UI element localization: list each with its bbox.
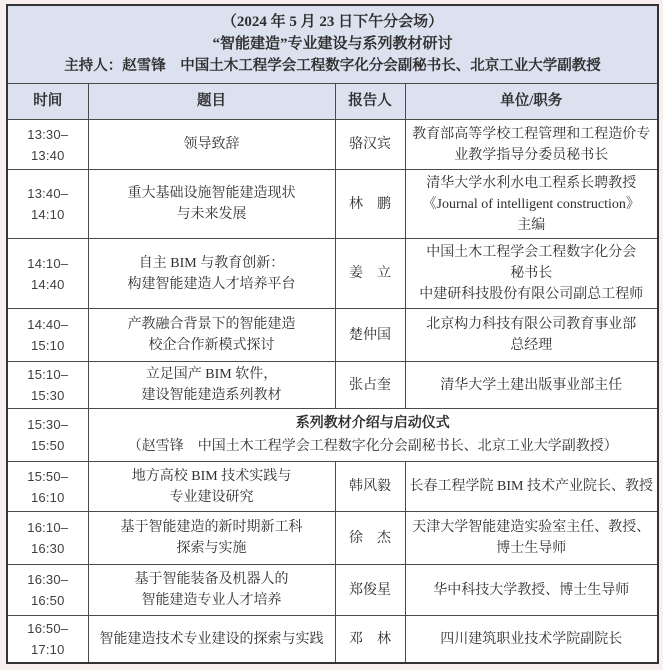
time-cell: 15:10–15:30 — [7, 362, 88, 409]
ceremony-title: 系列教材介绍与启动仪式 — [95, 412, 652, 435]
ceremony-row: 15:30–15:50 系列教材介绍与启动仪式 （赵雪锋 中国土木工程学会工程数… — [7, 409, 658, 462]
topic-cell: 领导致辞 — [88, 120, 335, 170]
affiliation-cell: 清华大学水利水电工程系长聘教授 《Journal of intelligent … — [405, 170, 658, 239]
session-row-7: 16:10–16:30 基于智能建造的新时期新工科 探索与实施 徐 杰 天津大学… — [7, 512, 658, 565]
time-cell: 16:10–16:30 — [7, 512, 88, 565]
session-row-6: 15:50–16:10 地方高校 BIM 技术实践与 专业建设研究 韩风毅 长春… — [7, 462, 658, 512]
topic-cell: 自主 BIM 与教育创新： 构建智能建造人才培养平台 — [88, 239, 335, 309]
session-date: （2024 年 5 月 23 日下午分会场） — [16, 11, 649, 33]
topic-cell: 地方高校 BIM 技术实践与 专业建设研究 — [88, 462, 335, 512]
speaker-cell: 徐 杰 — [335, 512, 405, 565]
topic-cell: 基于智能建造的新时期新工科 探索与实施 — [88, 512, 335, 565]
time-cell: 16:30–16:50 — [7, 565, 88, 616]
session-row-1: 13:30–13:40 领导致辞 骆汉宾 教育部高等学校工程管理和工程造价专业教… — [7, 120, 658, 170]
affiliation-cell: 教育部高等学校工程管理和工程造价专业教学指导分委员秘书长 — [405, 120, 658, 170]
affiliation-cell: 北京构力科技有限公司教育事业部 总经理 — [405, 309, 658, 362]
time-cell: 13:30–13:40 — [7, 120, 88, 170]
speaker-cell: 林 鹏 — [335, 170, 405, 239]
session-row-8: 16:30–16:50 基于智能装备及机器人的 智能建造专业人才培养 郑俊星 华… — [7, 565, 658, 616]
ceremony-cell: 系列教材介绍与启动仪式 （赵雪锋 中国土木工程学会工程数字化分会副秘书长、北京工… — [88, 409, 658, 462]
affiliation-cell: 长春工程学院 BIM 技术产业院长、教授 — [405, 462, 658, 512]
affiliation-cell: 华中科技大学教授、博士生导师 — [405, 565, 658, 616]
schedule-table: （2024 年 5 月 23 日下午分会场） “智能建造”专业建设与系列教材研讨… — [6, 4, 659, 664]
col-header-topic: 题目 — [88, 84, 335, 120]
speaker-cell: 郑俊星 — [335, 565, 405, 616]
col-header-affiliation: 单位/职务 — [405, 84, 658, 120]
speaker-cell: 骆汉宾 — [335, 120, 405, 170]
time-cell: 14:40–15:10 — [7, 309, 88, 362]
topic-cell: 立足国产 BIM 软件， 建设智能建造系列教材 — [88, 362, 335, 409]
affiliation-cell: 四川建筑职业技术学院副院长 — [405, 616, 658, 664]
schedule-page: （2024 年 5 月 23 日下午分会场） “智能建造”专业建设与系列教材研讨… — [0, 0, 663, 670]
time-cell: 14:10–14:40 — [7, 239, 88, 309]
affiliation-cell: 天津大学智能建造实验室主任、教授、 博士生导师 — [405, 512, 658, 565]
table-header-block: （2024 年 5 月 23 日下午分会场） “智能建造”专业建设与系列教材研讨… — [7, 5, 658, 84]
speaker-cell: 姜 立 — [335, 239, 405, 309]
affiliation-cell: 中国土木工程学会工程数字化分会 秘书长 中建研科技股份有限公司副总工程师 — [405, 239, 658, 309]
affiliation-cell: 清华大学土建出版事业部主任 — [405, 362, 658, 409]
speaker-cell: 邓 林 — [335, 616, 405, 664]
session-row-2: 13:40–14:10 重大基础设施智能建造现状 与未来发展 林 鹏 清华大学水… — [7, 170, 658, 239]
session-row-4: 14:40–15:10 产教融合背景下的智能建造 校企合作新模式探讨 楚仲国 北… — [7, 309, 658, 362]
time-cell: 16:50–17:10 — [7, 616, 88, 664]
speaker-cell: 张占奎 — [335, 362, 405, 409]
header-cell: （2024 年 5 月 23 日下午分会场） “智能建造”专业建设与系列教材研讨… — [7, 5, 658, 84]
session-host: 主持人：赵雪锋 中国土木工程学会工程数字化分会副秘书长、北京工业大学副教授 — [16, 55, 649, 77]
session-row-5: 15:10–15:30 立足国产 BIM 软件， 建设智能建造系列教材 张占奎 … — [7, 362, 658, 409]
time-cell: 15:30–15:50 — [7, 409, 88, 462]
session-title: “智能建造”专业建设与系列教材研讨 — [16, 33, 649, 55]
time-cell: 13:40–14:10 — [7, 170, 88, 239]
col-header-speaker: 报告人 — [335, 84, 405, 120]
topic-cell: 重大基础设施智能建造现状 与未来发展 — [88, 170, 335, 239]
session-row-9: 16:50–17:10 智能建造技术专业建设的探索与实践 邓 林 四川建筑职业技… — [7, 616, 658, 664]
column-header-row: 时间 题目 报告人 单位/职务 — [7, 84, 658, 120]
speaker-cell: 韩风毅 — [335, 462, 405, 512]
topic-cell: 基于智能装备及机器人的 智能建造专业人才培养 — [88, 565, 335, 616]
session-row-3: 14:10–14:40 自主 BIM 与教育创新： 构建智能建造人才培养平台 姜… — [7, 239, 658, 309]
topic-cell: 智能建造技术专业建设的探索与实践 — [88, 616, 335, 664]
col-header-time: 时间 — [7, 84, 88, 120]
speaker-cell: 楚仲国 — [335, 309, 405, 362]
time-cell: 15:50–16:10 — [7, 462, 88, 512]
topic-cell: 产教融合背景下的智能建造 校企合作新模式探讨 — [88, 309, 335, 362]
ceremony-subtitle: （赵雪锋 中国土木工程学会工程数字化分会副秘书长、北京工业大学副教授） — [95, 435, 652, 458]
